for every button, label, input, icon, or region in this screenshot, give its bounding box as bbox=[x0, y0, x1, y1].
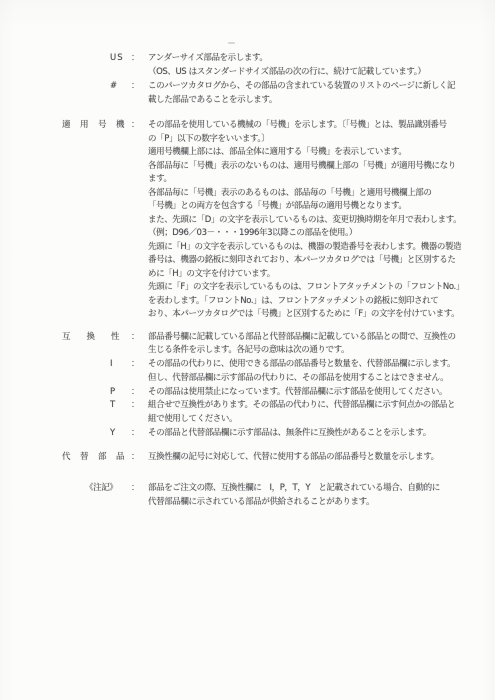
line-text: 各部品毎に「号機」表示のあるものは、部品毎の「号機」と適用号機欄上部の bbox=[148, 187, 485, 201]
doc-line: 代替部品 ： 互換性欄の記号に対応して、代替に使用する部品の部品番号と数量を示し… bbox=[0, 450, 495, 464]
section-applicable-serial: 適用号機 ： その部品を使用している機械の「号機」を示します。〔「号機」とは、製… bbox=[0, 119, 495, 322]
term-gokansei-label: 互換性 bbox=[62, 331, 136, 345]
doc-line: （OS、US はスタンダードサイズ部品の次の行に、続けて記載しています。） bbox=[0, 65, 495, 79]
doc-line: 《注記》 ： 部品をご注文の際、互換性欄に I，P，T，Y と記載されている場合… bbox=[0, 481, 495, 495]
line-text: 代替部品欄に示されている部品が供給されることがあります。 bbox=[148, 495, 485, 509]
colon-separator: ： bbox=[131, 79, 140, 93]
doc-line: めに「H」の文字を付けています。 bbox=[0, 268, 495, 282]
code-t-label: T bbox=[110, 399, 116, 413]
line-text: 適用号機欄上部には、部品全体に適用する「号機」を表示しています。 bbox=[148, 146, 485, 160]
section-substitute-parts: 代替部品 ： 互換性欄の記号に対応して、代替に使用する部品の部品番号と数量を示し… bbox=[0, 450, 495, 464]
section-note: 《注記》 ： 部品をご注文の際、互換性欄に I，P，T，Y と記載されている場合… bbox=[0, 481, 495, 509]
colon-separator: ： bbox=[131, 331, 140, 345]
doc-line: I ： その部品の代わりに、使用できる部品の部品番号と数量を、代替部品欄に示しま… bbox=[0, 358, 495, 372]
doc-line: 各部品毎に「号機」表示のあるものは、部品毎の「号機」と適用号機欄上部の bbox=[0, 187, 495, 201]
scanned-document-page: US ： アンダーサイズ部品を示します。 （OS、US はスタンダードサイズ部品… bbox=[0, 0, 495, 700]
doc-line: US ： アンダーサイズ部品を示します。 bbox=[0, 51, 495, 65]
colon-separator: ： bbox=[131, 51, 140, 65]
doc-line: P ： その部品は使用禁止になっています。代替部品欄に示す部品を使用してください… bbox=[0, 386, 495, 400]
colon-separator: ： bbox=[131, 386, 140, 400]
section-symbols: US ： アンダーサイズ部品を示します。 （OS、US はスタンダードサイズ部品… bbox=[0, 0, 495, 107]
doc-line: 載した部品であることを示します。 bbox=[0, 93, 495, 107]
doc-line: を表わします。「フロントNo.」は、フロントアタッチメントの銘板に刻印されて bbox=[0, 295, 495, 309]
doc-line: おり、本パーツカタログでは「号機」と区別するために「F」の文字を付けています。 bbox=[0, 308, 495, 322]
doc-line: （例；D96／03－・・・1996年3以降この部品を使用。） bbox=[0, 227, 495, 241]
doc-line: ます。 bbox=[0, 173, 495, 187]
term-hash-label: # bbox=[110, 79, 118, 93]
line-text: （OS、US はスタンダードサイズ部品の次の行に、続けて記載しています。） bbox=[148, 65, 485, 79]
line-text: 先頭に「H」の文字を表示しているものは、機器の製造番号を表わします。機器の製造 bbox=[148, 241, 485, 255]
doc-line: 「号機」との両方を包含する「号機」が部品毎の適用号機となります。 bbox=[0, 200, 495, 214]
doc-line: 代替部品欄に示されている部品が供給されることがあります。 bbox=[0, 495, 495, 509]
colon-separator: ： bbox=[131, 358, 140, 372]
colon-separator: ： bbox=[131, 427, 140, 441]
line-text: また、先頭に「D」の文字を表示しているものは、変更切換時期を年月で表わします。 bbox=[148, 214, 485, 228]
line-text: 先頭に「F」の文字を表示しているものは、フロントアタッチメントの「フロントNo.… bbox=[148, 281, 485, 295]
doc-line: 組で使用してください。 bbox=[0, 413, 495, 427]
line-text: おり、本パーツカタログでは「号機」と区別するために「F」の文字を付けています。 bbox=[148, 308, 485, 322]
line-text: 番号は、機器の銘板に刻印されており、本パーツカタログでは「号機」と区別するた bbox=[148, 254, 485, 268]
doc-line: # ： このパーツカタログから、その部品の含まれている装置のリストのページに新し… bbox=[0, 79, 495, 93]
line-text: を表わします。「フロントNo.」は、フロントアタッチメントの銘板に刻印されて bbox=[148, 295, 485, 309]
line-text: 各部品毎に「号機」表示のないものは、適用号機欄上部の「号機」が適用号機になり bbox=[148, 160, 485, 174]
colon-separator: ： bbox=[131, 450, 140, 464]
line-text: 互換性欄の記号に対応して、代替に使用する部品の部品番号と数量を示します。 bbox=[148, 450, 485, 464]
line-text: その部品は使用禁止になっています。代替部品欄に示す部品を使用してください。 bbox=[148, 386, 485, 400]
line-text: アンダーサイズ部品を示します。 bbox=[148, 51, 485, 65]
note-label: 《注記》 bbox=[85, 481, 117, 495]
code-y-label: Y bbox=[110, 427, 116, 441]
term-daitai-buhin-label: 代替部品 bbox=[62, 450, 134, 464]
term-us-label: US bbox=[110, 51, 124, 65]
section-interchangeability: 互換性 ： 部品番号欄に記載している部品と代替部品欄に記載している部品との間で、… bbox=[0, 331, 495, 441]
line-text: （例；D96／03－・・・1996年3以降この部品を使用。） bbox=[148, 227, 485, 241]
line-text: その部品を使用している機械の「号機」を示します。〔「号機」とは、製品識別番号 bbox=[148, 119, 485, 133]
colon-separator: ： bbox=[131, 399, 140, 413]
code-i-label: I bbox=[110, 358, 114, 372]
line-text: 載した部品であることを示します。 bbox=[148, 93, 485, 107]
line-text: 「号機」との両方を包含する「号機」が部品毎の適用号機となります。 bbox=[148, 200, 485, 214]
line-text: の「P」以下の数字をいいます。〕 bbox=[148, 133, 485, 147]
doc-line: T ： 組合せで互換性があります。その部品の代わりに、代替部品欄に示す何点かの部… bbox=[0, 399, 495, 413]
line-text: その部品と代替部品欄に示す部品は、無条件に互換性があることを示します。 bbox=[148, 427, 485, 441]
line-text: 但し、代替部品欄に示す部品の代わりに、その部品を使用することはできません。 bbox=[148, 372, 485, 386]
colon-separator: ： bbox=[131, 119, 140, 133]
doc-line: Y ： その部品と代替部品欄に示す部品は、無条件に互換性があることを示します。 bbox=[0, 427, 495, 441]
line-text: このパーツカタログから、その部品の含まれている装置のリストのページに新しく記 bbox=[148, 79, 485, 93]
doc-line: また、先頭に「D」の文字を表示しているものは、変更切換時期を年月で表わします。 bbox=[0, 214, 495, 228]
line-text: 部品をご注文の際、互換性欄に I，P，T，Y と記載されている場合、自動的に bbox=[148, 481, 485, 495]
line-text: めに「H」の文字を付けています。 bbox=[148, 268, 485, 282]
line-text: 生じる条件を示します。各記号の意味は次の通りです。 bbox=[148, 344, 485, 358]
doc-line: 互換性 ： 部品番号欄に記載している部品と代替部品欄に記載している部品との間で、… bbox=[0, 331, 495, 345]
doc-line: 先頭に「F」の文字を表示しているものは、フロントアタッチメントの「フロントNo.… bbox=[0, 281, 495, 295]
doc-line: 各部品毎に「号機」表示のないものは、適用号機欄上部の「号機」が適用号機になり bbox=[0, 160, 495, 174]
doc-line: 適用号機欄上部には、部品全体に適用する「号機」を表示しています。 bbox=[0, 146, 495, 160]
code-p-label: P bbox=[110, 386, 116, 400]
line-text: 組合せで互換性があります。その部品の代わりに、代替部品欄に示す何点かの部品と bbox=[148, 399, 485, 413]
line-text: 組で使用してください。 bbox=[148, 413, 485, 427]
doc-line: 適用号機 ： その部品を使用している機械の「号機」を示します。〔「号機」とは、製… bbox=[0, 119, 495, 133]
doc-line: 生じる条件を示します。各記号の意味は次の通りです。 bbox=[0, 344, 495, 358]
doc-line: 先頭に「H」の文字を表示しているものは、機器の製造番号を表わします。機器の製造 bbox=[0, 241, 495, 255]
line-text: その部品の代わりに、使用できる部品の部品番号と数量を、代替部品欄に示します。 bbox=[148, 358, 485, 372]
colon-separator: ： bbox=[131, 481, 140, 495]
doc-line: 番号は、機器の銘板に刻印されており、本パーツカタログでは「号機」と区別するた bbox=[0, 254, 495, 268]
doc-line: 但し、代替部品欄に示す部品の代わりに、その部品を使用することはできません。 bbox=[0, 372, 495, 386]
term-tekiyo-gouki-label: 適用号機 bbox=[62, 119, 134, 133]
line-text: ます。 bbox=[148, 173, 485, 187]
doc-line: の「P」以下の数字をいいます。〕 bbox=[0, 133, 495, 147]
line-text: 部品番号欄に記載している部品と代替部品欄に記載している部品との間で、互換性の bbox=[148, 331, 485, 345]
